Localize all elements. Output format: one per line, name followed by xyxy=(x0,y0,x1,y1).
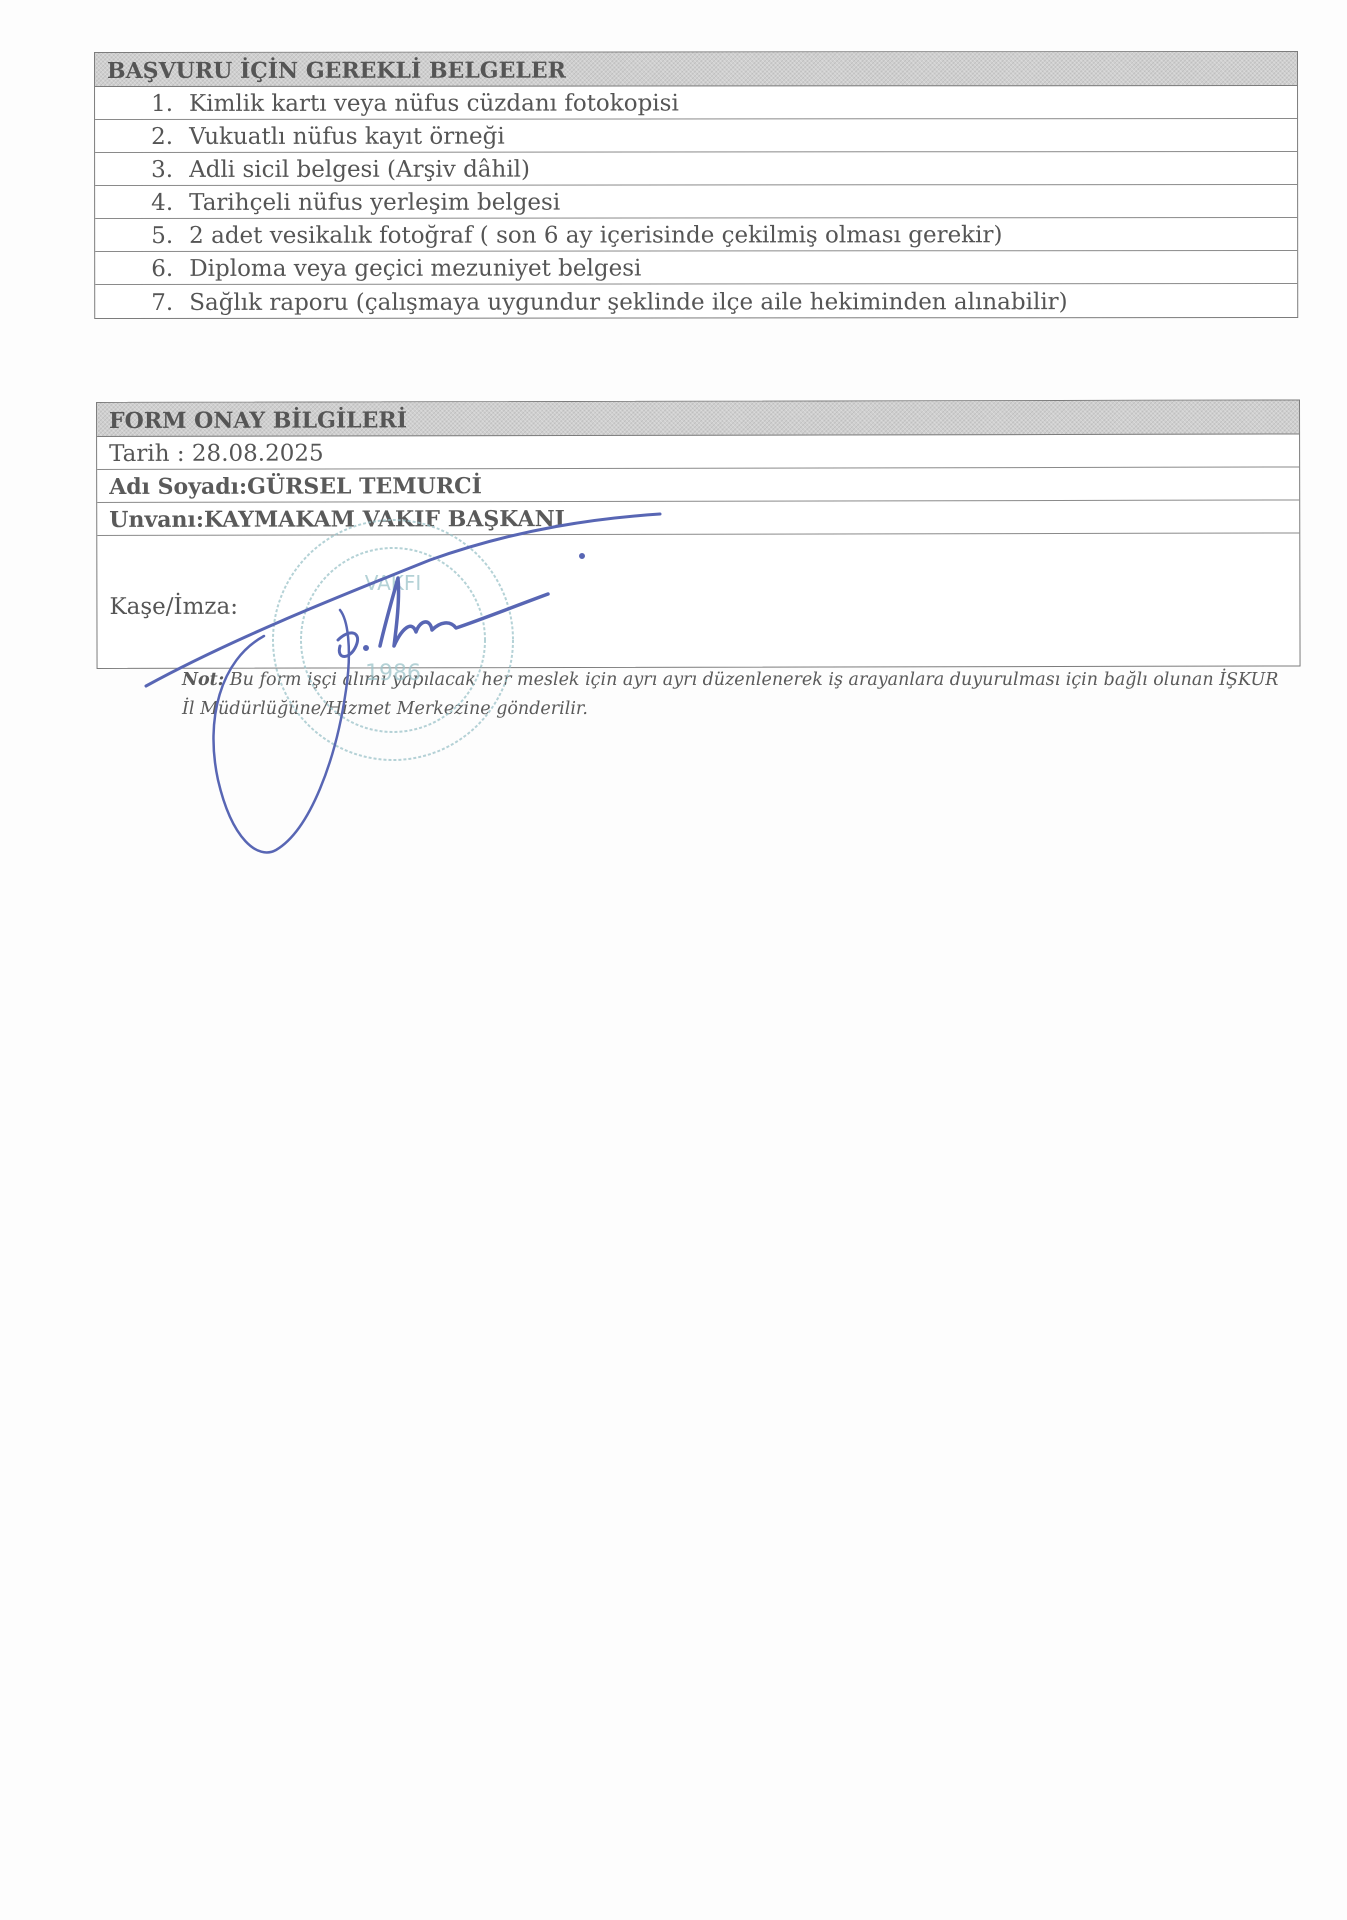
note-text: Bu form işçi alımı yapılacak her meslek … xyxy=(182,670,1278,719)
document-item: 4. Tarihçeli nüfus yerleşim belgesi xyxy=(95,185,1297,219)
stamp-signature-field: Kaşe/İmza: xyxy=(97,533,1299,668)
approval-date: Tarih : 28.08.2025 xyxy=(97,434,1299,470)
document-item: 7. Sağlık raporu (çalışmaya uygundur şek… xyxy=(95,284,1297,318)
document-item: 3. Adli sicil belgesi (Arşiv dâhil) xyxy=(95,152,1297,186)
footer-note: Not: Bu form işçi alımı yapılacak her me… xyxy=(182,666,1282,724)
document-item-text: Adli sicil belgesi (Arşiv dâhil) xyxy=(189,157,530,183)
approval-position: Unvanı:KAYMAKAM VAKIF BAŞKANI xyxy=(97,500,1299,536)
note-label: Not: xyxy=(182,670,224,690)
document-item: 6. Diploma veya geçici mezuniyet belgesi xyxy=(95,251,1297,285)
document-item-number: 2. xyxy=(95,124,189,150)
document-item-text: 2 adet vesikalık fotoğraf ( son 6 ay içe… xyxy=(189,222,1002,249)
document-item-number: 1. xyxy=(95,91,189,117)
form-approval-title: FORM ONAY BİLGİLERİ xyxy=(97,400,1299,437)
approval-name: Adı Soyadı:GÜRSEL TEMURCİ xyxy=(97,467,1299,503)
document-item-number: 7. xyxy=(95,290,189,316)
required-documents-table: BAŞVURU İÇİN GEREKLİ BELGELER 1. Kimlik … xyxy=(94,51,1298,319)
document-item-text: Diploma veya geçici mezuniyet belgesi xyxy=(189,256,641,282)
document-item-number: 4. xyxy=(95,190,189,216)
document-item-number: 6. xyxy=(95,256,189,282)
document-item-text: Vukuatlı nüfus kayıt örneği xyxy=(189,124,505,150)
required-documents-title: BAŞVURU İÇİN GEREKLİ BELGELER xyxy=(95,52,1297,87)
document-item-text: Sağlık raporu (çalışmaya uygundur şeklin… xyxy=(189,289,1067,316)
document-item-number: 3. xyxy=(95,157,189,183)
document-item-text: Kimlik kartı veya nüfus cüzdanı fotokopi… xyxy=(189,90,679,116)
document-item-number: 5. xyxy=(95,223,189,249)
stamp-signature-label: Kaşe/İmza: xyxy=(109,594,238,620)
form-approval-table: FORM ONAY BİLGİLERİ Tarih : 28.08.2025 A… xyxy=(96,399,1301,669)
document-item: 2. Vukuatlı nüfus kayıt örneği xyxy=(95,119,1297,153)
document-item: 1. Kimlik kartı veya nüfus cüzdanı fotok… xyxy=(95,86,1297,120)
document-item-text: Tarihçeli nüfus yerleşim belgesi xyxy=(189,190,560,216)
document-item: 5. 2 adet vesikalık fotoğraf ( son 6 ay … xyxy=(95,218,1297,252)
